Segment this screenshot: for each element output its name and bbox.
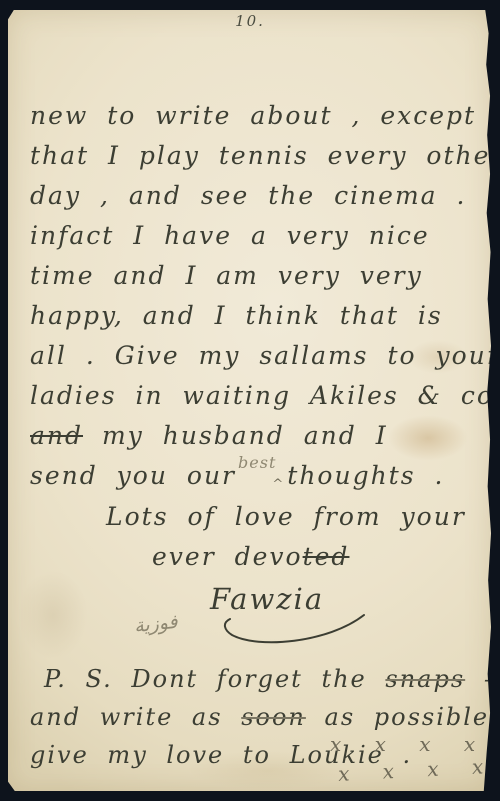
letter-line-text: my husband and I — [102, 421, 388, 450]
struck-letters: ted — [303, 542, 350, 571]
struck-word: snaps — [385, 665, 465, 693]
letter-line: new to write about , except — [30, 96, 482, 136]
closing-text: ever devo — [152, 542, 303, 571]
letter-line: all . Give my sallams to your — [30, 336, 482, 376]
ps-text: as possible . — [325, 703, 500, 731]
inserted-word: best — [238, 453, 276, 472]
ps-text: – — [484, 665, 498, 693]
signature-arabic: فوزية — [133, 611, 179, 637]
letter-line-text: send you our — [30, 461, 236, 490]
letter-line: ladies in waiting Akiles & co . — [30, 376, 482, 416]
kisses-row: x x x x x — [330, 732, 500, 757]
kisses-row: x x x x — [337, 752, 500, 787]
letter-body: new to write about , except that I play … — [30, 96, 482, 496]
page-number: 10. — [8, 12, 492, 30]
letter-photo: 10. new to write about , except that I p… — [0, 0, 500, 801]
kisses: x x x x x x x x x — [330, 732, 500, 782]
ps-line: P. S. Dont forget the snaps – — [44, 660, 482, 698]
ps-text: and write as — [30, 703, 223, 731]
letter-line-strikeout: and my husband and I — [30, 416, 482, 456]
struck-word: soon — [241, 703, 306, 731]
struck-word: and — [30, 421, 83, 450]
letter-page: 10. new to write about , except that I p… — [8, 10, 492, 791]
ps-line: and write as soon as possible . — [30, 698, 482, 736]
closing-line: ever devoted — [152, 537, 482, 577]
letter-line: that I play tennis every other — [30, 136, 482, 176]
signature-flourish — [218, 609, 368, 653]
caret-mark: ^ — [272, 477, 285, 492]
closing-line: Lots of love from your — [106, 497, 482, 537]
postscript: P. S. Dont forget the snaps – and write … — [30, 660, 482, 774]
letter-line: happy, and I think that is — [30, 296, 482, 336]
letter-line: time and I am very very — [30, 256, 482, 296]
letter-line: infact I have a very nice — [30, 216, 482, 256]
ps-text: P. S. Dont forget the — [44, 665, 367, 693]
letter-line: day , and see the cinema . — [30, 176, 482, 216]
letter-line-insertion: send you ourbest^thoughts . — [30, 456, 482, 496]
letter-closing: Lots of love from your ever devoted Fawz… — [30, 497, 482, 621]
letter-line-text: thoughts . — [287, 461, 444, 490]
